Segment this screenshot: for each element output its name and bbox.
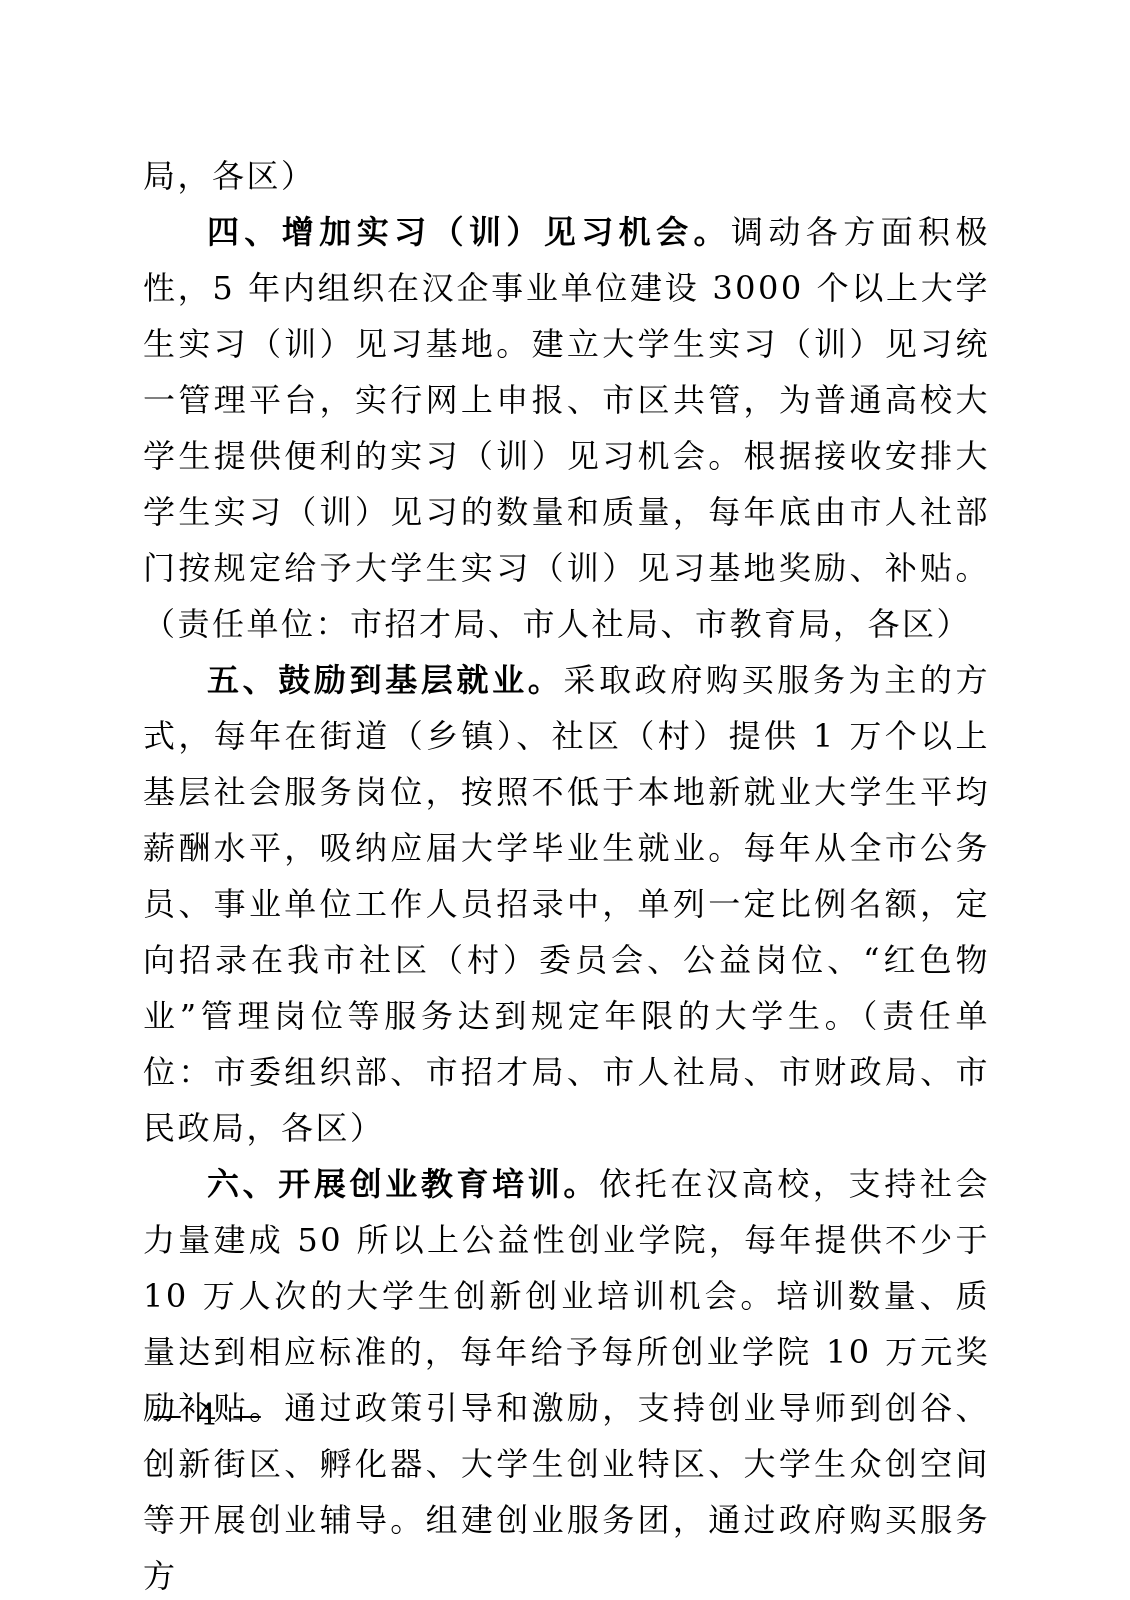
text-block: 局，各区） 四、增加实习（训）见习机会。调动各方面积极性，5 年内组织在汉企事业… (143, 148, 990, 1600)
item-6-body: 依托在汉高校，支持社会力量建成 50 所以上公益性创业学院，每年提供不少于 10… (143, 1165, 990, 1595)
item-6-heading: 六、开展创业教育培训。 (207, 1165, 599, 1203)
paragraph-item-4: 四、增加实习（训）见习机会。调动各方面积极性，5 年内组织在汉企事业单位建设 3… (143, 204, 990, 652)
item-5-heading: 五、鼓励到基层就业。 (207, 661, 563, 699)
paragraph-item-5: 五、鼓励到基层就业。采取政府购买服务为主的方式，每年在街道（乡镇）、社区（村）提… (143, 652, 990, 1156)
document-page: 局，各区） 四、增加实习（训）见习机会。调动各方面积极性，5 年内组织在汉企事业… (0, 0, 1130, 1600)
item-5-body: 采取政府购买服务为主的方式，每年在街道（乡镇）、社区（村）提供 1 万个以上基层… (143, 661, 990, 1035)
page-number: — 4 — (152, 1392, 265, 1440)
item-4-heading: 四、增加实习（训）见习机会。 (207, 213, 731, 251)
paragraph-item-6: 六、开展创业教育培训。依托在汉高校，支持社会力量建成 50 所以上公益性创业学院… (143, 1156, 990, 1600)
paragraph-continuation: 局，各区） (143, 148, 990, 204)
item-4-body: 调动各方面积极性，5 年内组织在汉企事业单位建设 3000 个以上大学生实习（训… (143, 213, 990, 587)
item-4-responsibility: （责任单位：市招才局、市人社局、市教育局，各区） (143, 606, 971, 642)
